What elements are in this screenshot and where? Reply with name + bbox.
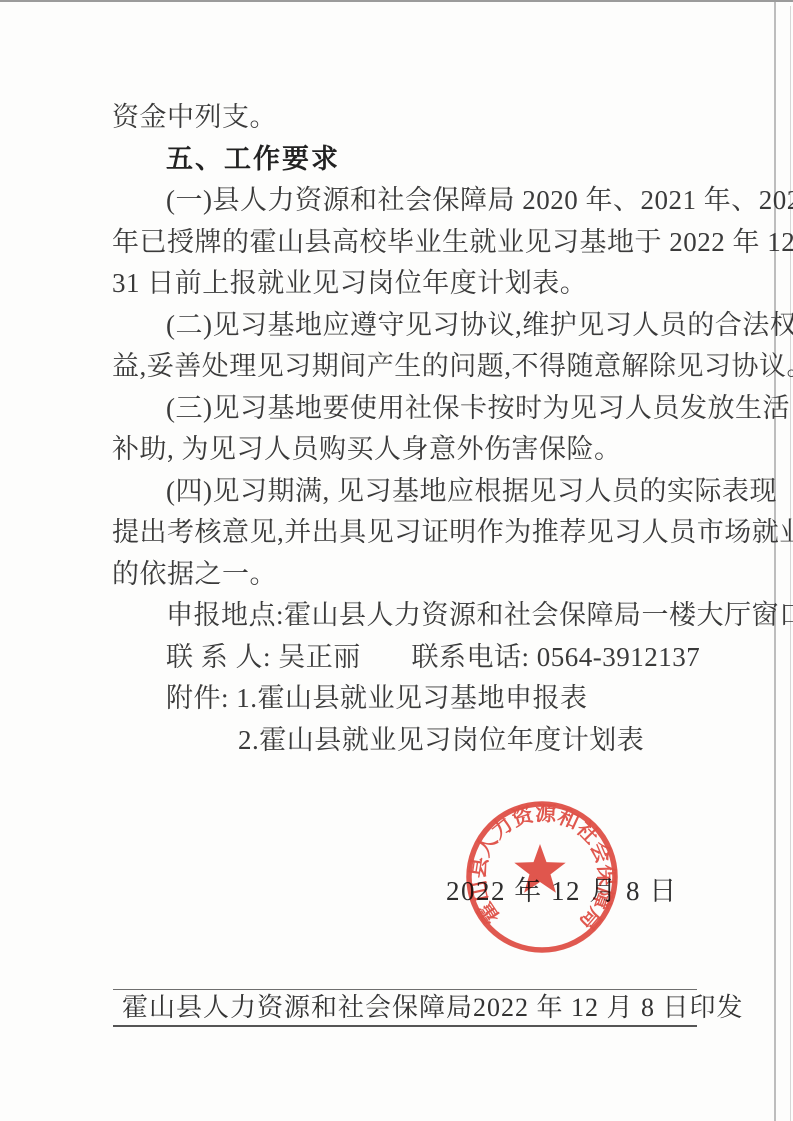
body-line: (三)见习基地要使用社保卡按时为见习人员发放生活 <box>112 388 718 430</box>
section-heading: 五、工作要求 <box>112 139 718 181</box>
contact-line: 联 系 人: 吴正丽 联系电话: 0564-3912137 <box>112 637 718 679</box>
attachments-list: 附件: 1.霍山县就业见习基地申报表 2.霍山县就业见习岗位年度计划表 <box>112 678 718 761</box>
body-line: (一)县人力资源和社会保障局 2020 年、2021 年、2022 <box>112 180 718 222</box>
body-line: 提出考核意见,并出具见习证明作为推荐见习人员市场就业 <box>112 512 718 554</box>
document-page: 资金中列支。 五、工作要求 (一)县人力资源和社会保障局 2020 年、2021… <box>0 0 793 1121</box>
body-line: (四)见习期满, 见习基地应根据见习人员的实际表现 <box>112 471 718 513</box>
footer-issuer: 霍山县人力资源和社会保障局 <box>122 991 473 1025</box>
attachment-line: 附件: 1.霍山县就业见习基地申报表 <box>112 678 718 720</box>
body-line: 年已授牌的霍山县高校毕业生就业见习基地于 2022 年 12 月 <box>112 222 718 264</box>
body-line: 31 日前上报就业见习岗位年度计划表。 <box>112 263 718 305</box>
body-line: 资金中列支。 <box>112 97 718 139</box>
scan-edge-right-outer <box>790 6 791 1121</box>
document-body: 资金中列支。 五、工作要求 (一)县人力资源和社会保障局 2020 年、2021… <box>112 97 718 678</box>
footer-print-date: 2022 年 12 月 8 日印发 <box>473 991 744 1025</box>
scan-edge-top <box>0 0 793 2</box>
document-footer: 霍山县人力资源和社会保障局 2022 年 12 月 8 日印发 <box>113 989 697 1027</box>
body-line: (二)见习基地应遵守见习协议,维护见习人员的合法权 <box>112 305 718 347</box>
attachment-line: 2.霍山县就业见习岗位年度计划表 <box>112 720 718 762</box>
body-line: 补助, 为见习人员购买人身意外伤害保险。 <box>112 429 718 471</box>
body-line: 的依据之一。 <box>112 554 718 596</box>
seal-star <box>514 844 565 893</box>
application-location-line: 申报地点:霍山县人力资源和社会保障局一楼大厅窗口。 <box>112 595 718 637</box>
official-seal: 霍山县人力资源和社会保障局 <box>462 797 622 957</box>
body-line: 益,妥善处理见习期间产生的问题,不得随意解除见习协议。 <box>112 346 718 388</box>
scan-edge-right <box>774 2 776 1121</box>
